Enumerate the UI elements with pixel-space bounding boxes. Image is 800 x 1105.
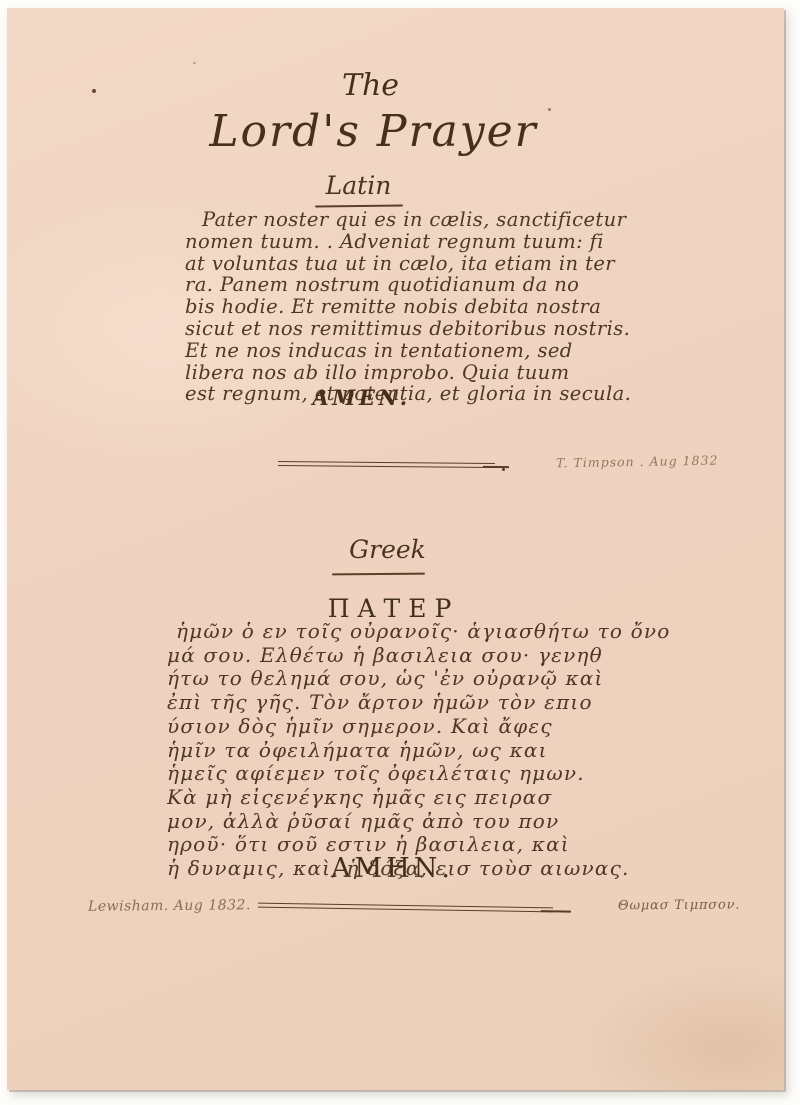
document-title-line2: Lord's Prayer: [0, 106, 762, 157]
manuscript-page: The Lord's Prayer Latin Pater noster qui…: [7, 8, 784, 1090]
paper-speck: [92, 89, 96, 93]
paper-speck: [548, 108, 551, 111]
place-date-inscription: Lewisham. Aug 1832.: [88, 897, 251, 914]
greek-heading-underline: [332, 573, 425, 576]
scan-background: The Lord's Prayer Latin Pater noster qui…: [0, 0, 800, 1105]
greek-line: ύσιον δὸς ἡμῖν σημερον. Καὶ ἄφες: [167, 715, 657, 739]
greek-line: μά σου. Ελθέτω ἡ βασιλεια σου· γενηθ: [167, 644, 657, 668]
hand-drawn-rule-bottom: [258, 903, 553, 913]
document-title-line1: The: [0, 68, 759, 103]
latin-line: libera nos ab illo improbo. Quia tuum: [185, 362, 625, 384]
latin-line: at voluntas tua ut in cælo, ita etiam in…: [185, 253, 625, 275]
hand-drawn-rule-top: [278, 461, 495, 468]
latin-amen: AMEN.: [0, 385, 750, 410]
latin-section-heading: Latin: [0, 171, 747, 200]
greek-amen: ΑΜΗΝ.: [4, 853, 781, 884]
greek-line: ἡμῶν ὁ εν τοῖς οὐρανοῖς· ἁγιασθήτω το ὄν…: [167, 620, 657, 644]
greek-line: ἡμῖν τα ὀφειλήματα ἡμῶν, ως και: [167, 739, 657, 763]
author-signature-greek: Θωμασ Τιμπσον.: [618, 897, 740, 913]
greek-line: Κὰ μὴ εἰςενέγκης ἡμᾶς εις πειρασ: [167, 786, 657, 810]
greek-section-heading: Greek: [0, 535, 776, 564]
paper-speck: [193, 62, 196, 64]
latin-line: nomen tuum. . Adveniat regnum tuum: fi: [185, 231, 625, 253]
greek-line: ἐπὶ τῆς γῆς. Τὸν ἄρτον ἡμῶν τὸν επιο: [167, 691, 657, 715]
latin-line: bis hodie. Et remitte nobis debita nostr…: [185, 296, 625, 318]
latin-line: ra. Panem nostrum quotidianum da no: [185, 274, 625, 296]
greek-prayer-text: ἡμῶν ὁ εν τοῖς οὐρανοῖς· ἁγιασθήτω το ὄν…: [167, 620, 657, 881]
greek-line: ήτω το θελημά σου, ὡς 'ἐν οὐρανῷ καὶ: [167, 667, 657, 691]
greek-line: ἡμεῖς αφίεμεν τοῖς ὀφειλέταις ημων.: [167, 762, 657, 786]
latin-line: Pater noster qui es in cælis, sanctifice…: [185, 209, 625, 231]
latin-prayer-text: Pater noster qui es in cælis, sanctifice…: [185, 209, 625, 405]
latin-line: sicut et nos remittimus debitoribus nost…: [185, 318, 625, 340]
ink-dot: [502, 468, 505, 471]
greek-line: μον, ἀλλὰ ῥῦσαί ημᾶς ἀπὸ του πον: [167, 810, 657, 834]
author-signature-top: T. Timpson . Aug 1832: [556, 453, 719, 471]
latin-line: Et ne nos inducas in tentationem, sed: [185, 340, 625, 362]
